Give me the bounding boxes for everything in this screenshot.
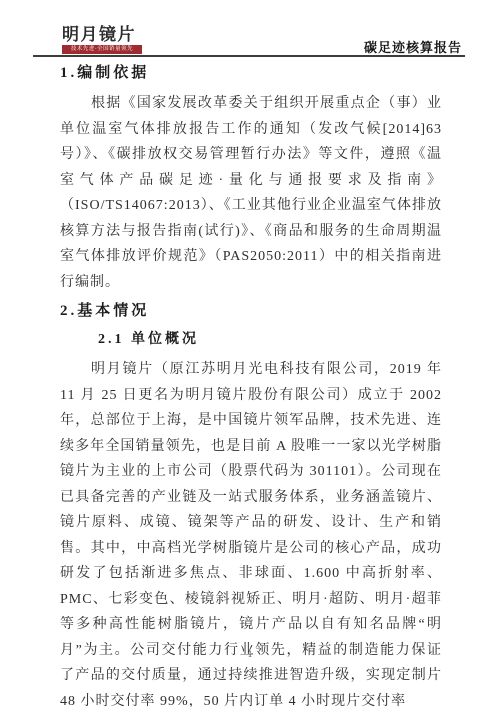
header-document-title: 碳足迹核算报告 — [364, 37, 462, 56]
document-body: 1.编制依据 根据《国家发展改革委关于组织开展重点企（事）业单位温室气体排放报告… — [60, 56, 442, 707]
brand-logo: 明月镜片 技术先进·全国销量领先 — [62, 26, 142, 54]
logo-wordmark: 明月镜片 — [62, 26, 142, 44]
page-number: 1 — [0, 649, 500, 659]
section-heading-compilation-basis: 1.编制依据 — [60, 65, 442, 81]
section-heading-basic-situation: 2.基本情况 — [60, 303, 442, 319]
paragraph-compilation-basis: 根据《国家发展改革委关于组织开展重点企（事）业单位温室气体排放报告工作的通知（发… — [60, 91, 442, 295]
logo-slogan-banner: 技术先进·全国销量领先 — [62, 45, 142, 54]
report-page: 明月镜片 技术先进·全国销量领先 碳足迹核算报告 1.编制依据 根据《国家发展改… — [0, 0, 500, 707]
subsection-heading-unit-overview: 2.1 单位概况 — [98, 332, 442, 347]
